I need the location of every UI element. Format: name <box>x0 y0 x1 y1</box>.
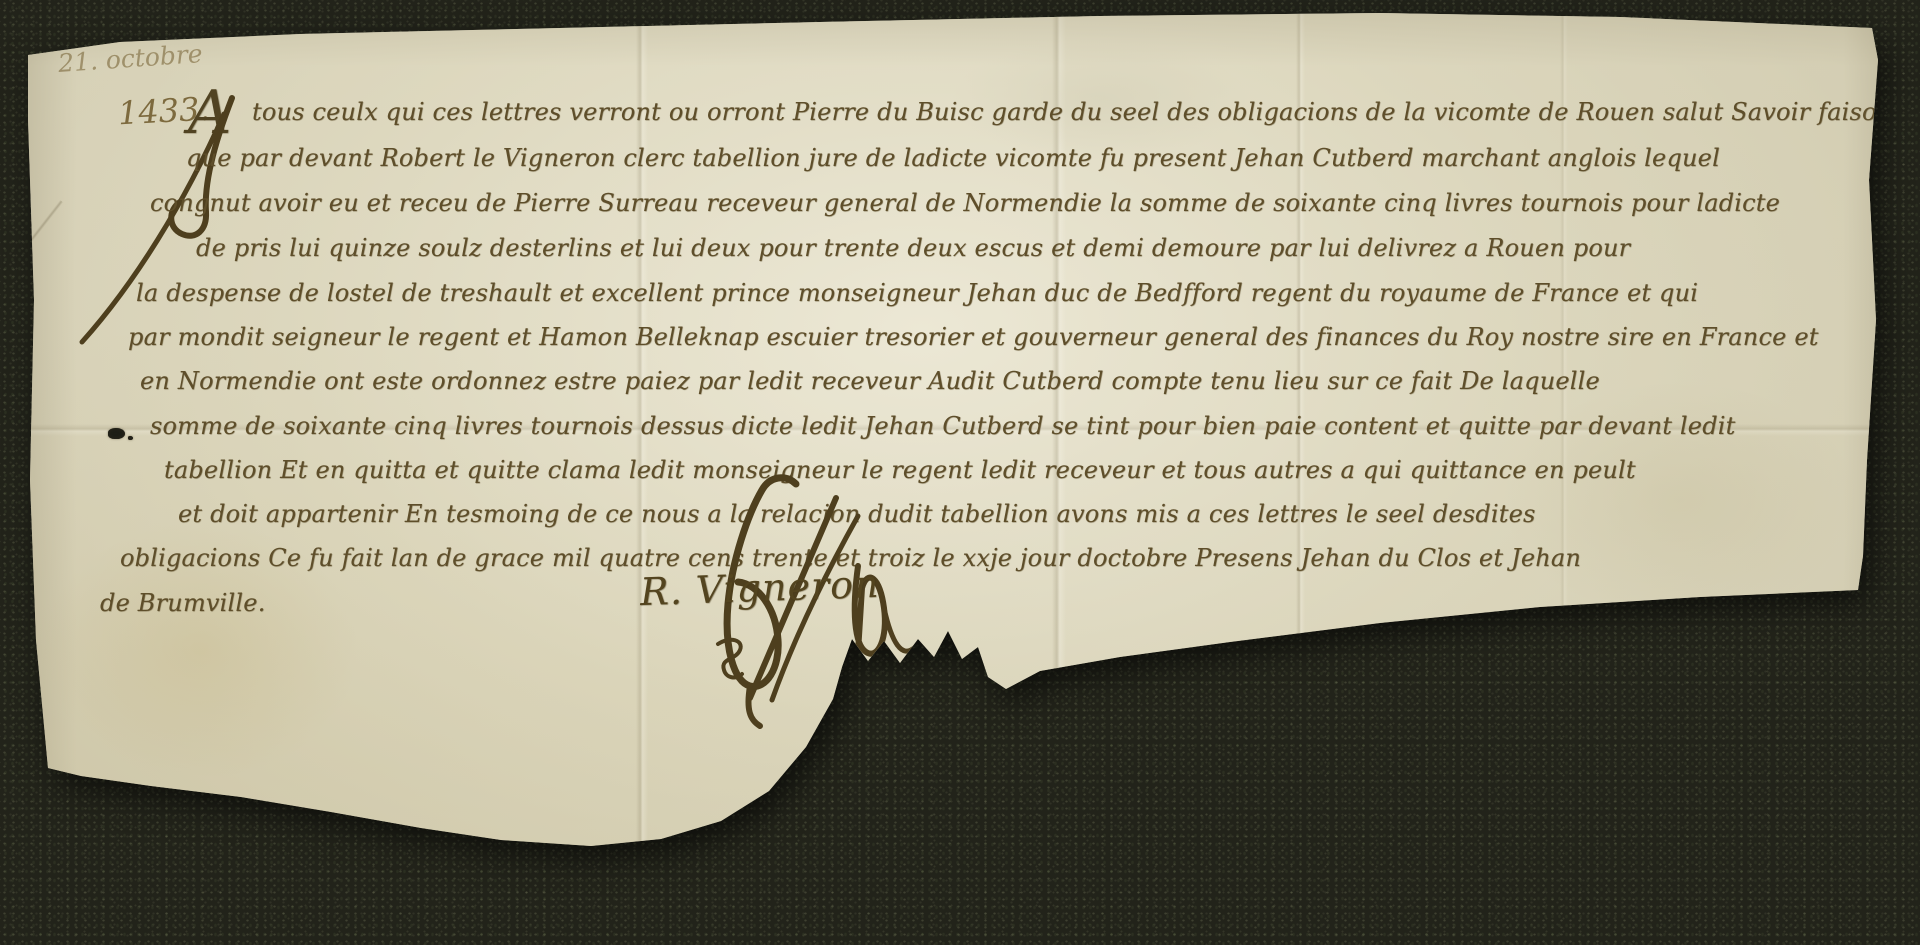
initial-flourish-icon <box>64 84 254 354</box>
manuscript-line-3: congnut avoir eu et receu de Pierre Surr… <box>150 189 1780 217</box>
manuscript-line-7: en Normendie ont este ordonnez estre pai… <box>140 367 1600 395</box>
crease-line <box>0 200 63 463</box>
manuscript-line-6: par mondit seigneur le regent et Hamon B… <box>128 323 1819 351</box>
manuscript-line-4: de pris lui quinze soulz desterlins et l… <box>196 234 1630 262</box>
manuscript-line-1: tous ceulx qui ces lettres verront ou or… <box>252 98 1905 126</box>
worm-hole <box>108 428 125 439</box>
manuscript-line-12: de Brumville. <box>100 589 266 617</box>
worm-hole <box>128 436 133 440</box>
parchment-sheet: 21. octobre 1433. A tous ceulx qui ces l… <box>0 0 1920 945</box>
signature-name: R. Vigneron <box>639 562 880 614</box>
manuscript-line-2: que par devant Robert le Vigneron clerc … <box>186 144 1720 172</box>
margin-date-day: 21. octobre <box>57 39 203 78</box>
signature-paraph-icon <box>700 636 760 686</box>
manuscript-line-5: la despense de lostel de treshault et ex… <box>136 279 1698 307</box>
page-background: 21. octobre 1433. A tous ceulx qui ces l… <box>0 0 1920 945</box>
manuscript-line-8: somme de soixante cinq livres tournois d… <box>150 412 1736 440</box>
